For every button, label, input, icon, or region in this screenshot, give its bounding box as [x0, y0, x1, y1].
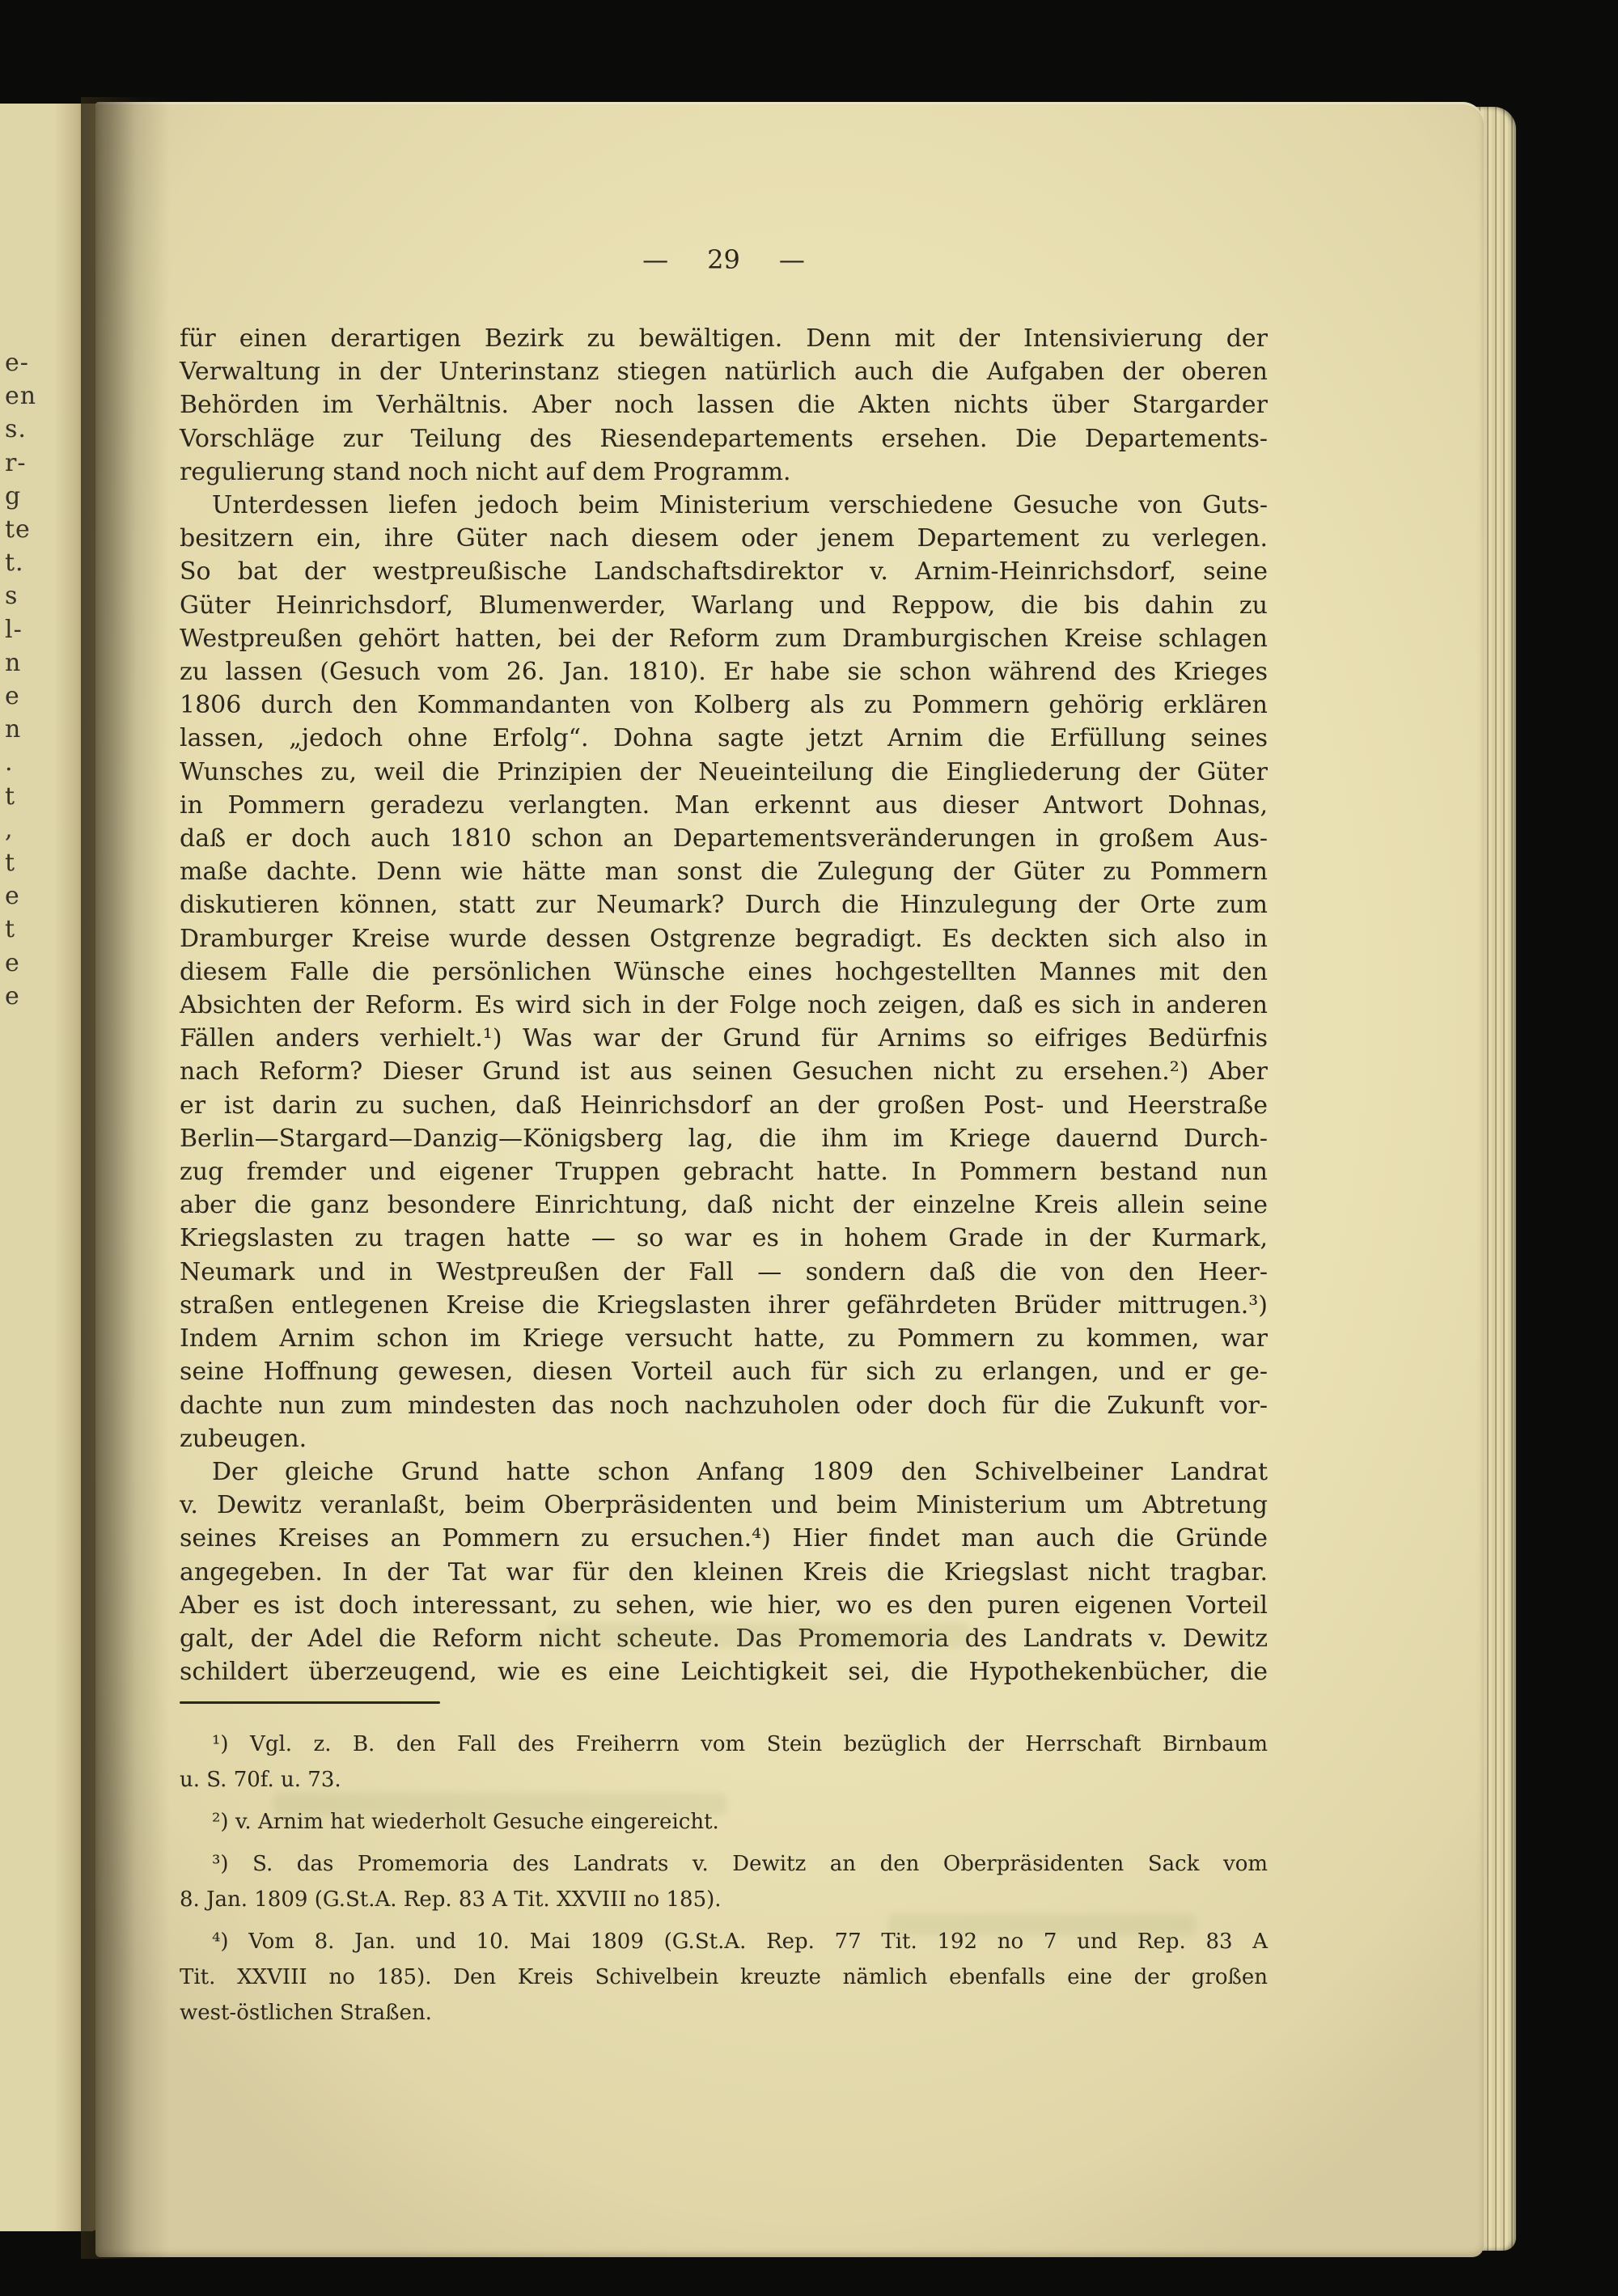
body-text-line: für einen derartigen Bezirk zu bewältige… — [180, 322, 1268, 355]
body-text-line: seine Hoffnung gewesen, diesen Vorteil a… — [180, 1355, 1268, 1388]
margin-fragment: e — [5, 879, 37, 913]
page-number: —29— — [180, 244, 1268, 275]
body-text-line: Der gleiche Grund hatte schon Anfang 180… — [180, 1455, 1268, 1489]
body-text-line: Berlin—Stargard—Danzig—Königsberg lag, d… — [180, 1122, 1268, 1155]
margin-fragment: e — [5, 980, 37, 1013]
body-text-line: aber die ganz besondere Einrichtung, daß… — [180, 1188, 1268, 1222]
body-text-line: regulierung stand noch nicht auf dem Pro… — [180, 455, 1268, 489]
body-text-line: daß er doch auch 1810 schon an Departeme… — [180, 822, 1268, 855]
body-text-line: Aber es ist doch interessant, zu sehen, … — [180, 1589, 1268, 1622]
margin-fragment: s. — [5, 413, 37, 446]
body-text-line: So bat der westpreußische Landschaftsdir… — [180, 555, 1268, 588]
body-text-line: maße dachte. Denn wie hätte man sonst di… — [180, 855, 1268, 888]
body-text-line: Absichten der Reform. Es wird sich in de… — [180, 989, 1268, 1022]
footnote-line: Tit. XXVIII no 185). Den Kreis Schivelbe… — [180, 1959, 1268, 1995]
page-number-value: 29 — [707, 244, 740, 275]
margin-fragment: e — [5, 680, 37, 713]
body-text-line: dachte nun zum mindesten das noch nachzu… — [180, 1389, 1268, 1422]
footnote-line: 8. Jan. 1809 (G.St.A. Rep. 83 A Tit. XXV… — [180, 1882, 1268, 1917]
footnote-line: ²) v. Arnim hat wiederholt Gesuche einge… — [180, 1804, 1268, 1840]
body-text-line: Indem Arnim schon im Kriege versucht hat… — [180, 1322, 1268, 1355]
body-text-line: Vorschläge zur Teilung des Riesendeparte… — [180, 422, 1268, 455]
body-text-line: diskutieren können, statt zur Neumark? D… — [180, 888, 1268, 921]
body-text: für einen derartigen Bezirk zu bewältige… — [180, 322, 1268, 1688]
body-text-line: seines Kreises an Pommern zu ersuchen.⁴)… — [180, 1522, 1268, 1555]
margin-fragment: t — [5, 846, 37, 879]
footnotes: ¹) Vgl. z. B. den Fall des Freiherrn vom… — [180, 1726, 1268, 2031]
footnote-line: west-östlichen Straßen. — [180, 1995, 1268, 2031]
facing-page-text-fragments: e-ens.r-gtet.sl-nen.t,tetee — [5, 346, 37, 1013]
margin-fragment: en — [5, 379, 37, 413]
margin-fragment: . — [5, 746, 37, 779]
margin-fragment: s — [5, 579, 37, 612]
body-text-line: Westpreußen gehört hatten, bei der Refor… — [180, 622, 1268, 655]
body-text-line: Wunsches zu, weil die Prinzipien der Neu… — [180, 756, 1268, 789]
facing-page-edge: e-ens.r-gtet.sl-nen.t,tetee — [0, 104, 99, 2231]
body-text-line: diesem Falle die persönlichen Wünsche ei… — [180, 955, 1268, 989]
body-text-line: zug fremder und eigener Truppen gebracht… — [180, 1155, 1268, 1188]
body-text-line: lassen, „jedoch ohne Erfolg“. Dohna sagt… — [180, 722, 1268, 755]
page-number-dash-right: — — [779, 244, 805, 275]
body-text-line: Fällen anders verhielt.¹) Was war der Gr… — [180, 1022, 1268, 1055]
footnote-line: ³) S. das Promemoria des Landrats v. Dew… — [180, 1846, 1268, 1882]
body-text-line: zu lassen (Gesuch vom 26. Jan. 1810). Er… — [180, 655, 1268, 688]
scanned-book-photo: e-ens.r-gtet.sl-nen.t,tetee —29— für ein… — [0, 0, 1618, 2296]
footnote-line: ¹) Vgl. z. B. den Fall des Freiherrn vom… — [180, 1726, 1268, 1762]
body-text-line: Neumark und in Westpreußen der Fall — so… — [180, 1256, 1268, 1289]
body-text-line: zubeugen. — [180, 1422, 1268, 1455]
margin-fragment: te — [5, 513, 37, 546]
body-text-line: galt, der Adel die Reform nicht scheute.… — [180, 1622, 1268, 1655]
body-text-line: in Pommern geradezu verlangten. Man erke… — [180, 789, 1268, 822]
page-number-dash-left: — — [642, 244, 668, 275]
body-text-line: Behörden im Verhältnis. Aber noch lassen… — [180, 388, 1268, 421]
margin-fragment: , — [5, 813, 37, 846]
body-text-line: besitzern ein, ihre Güter nach diesem od… — [180, 522, 1268, 555]
body-text-line: Unterdessen liefen jedoch beim Ministeri… — [180, 489, 1268, 522]
body-text-line: straßen entlegenen Kreise die Kriegslast… — [180, 1289, 1268, 1322]
margin-fragment: l- — [5, 613, 37, 646]
body-text-line: angegeben. In der Tat war für den kleine… — [180, 1556, 1268, 1589]
margin-fragment: n — [5, 713, 37, 746]
margin-fragment: n — [5, 646, 37, 680]
footnote-separator-rule — [180, 1701, 440, 1704]
margin-fragment: r- — [5, 447, 37, 480]
body-text-line: 1806 durch den Kommandanten von Kolberg … — [180, 688, 1268, 722]
margin-fragment: e- — [5, 346, 37, 379]
body-text-line: Güter Heinrichsdorf, Blumenwerder, Warla… — [180, 589, 1268, 622]
margin-fragment: t. — [5, 546, 37, 579]
body-text-line: v. Dewitz veranlaßt, beim Oberpräsidente… — [180, 1489, 1268, 1522]
footnote-line: ⁴) Vom 8. Jan. und 10. Mai 1809 (G.St.A.… — [180, 1924, 1268, 1959]
margin-fragment: e — [5, 947, 37, 980]
body-text-line: schildert überzeugend, wie es eine Leich… — [180, 1655, 1268, 1688]
footnote-line: u. S. 70f. u. 73. — [180, 1762, 1268, 1798]
body-text-line: er ist darin zu suchen, daß Heinrichsdor… — [180, 1089, 1268, 1122]
body-text-line: Dramburger Kreise wurde dessen Ostgrenze… — [180, 922, 1268, 955]
book-page: —29— für einen derartigen Bezirk zu bewä… — [95, 102, 1484, 2257]
margin-fragment: t — [5, 913, 37, 946]
body-text-line: Kriegslasten zu tragen hatte — so war es… — [180, 1222, 1268, 1255]
body-text-line: Verwaltung in der Unterinstanz stiegen n… — [180, 355, 1268, 388]
body-text-line: nach Reform? Dieser Grund ist aus seinen… — [180, 1055, 1268, 1088]
margin-fragment: g — [5, 480, 37, 513]
margin-fragment: t — [5, 780, 37, 813]
